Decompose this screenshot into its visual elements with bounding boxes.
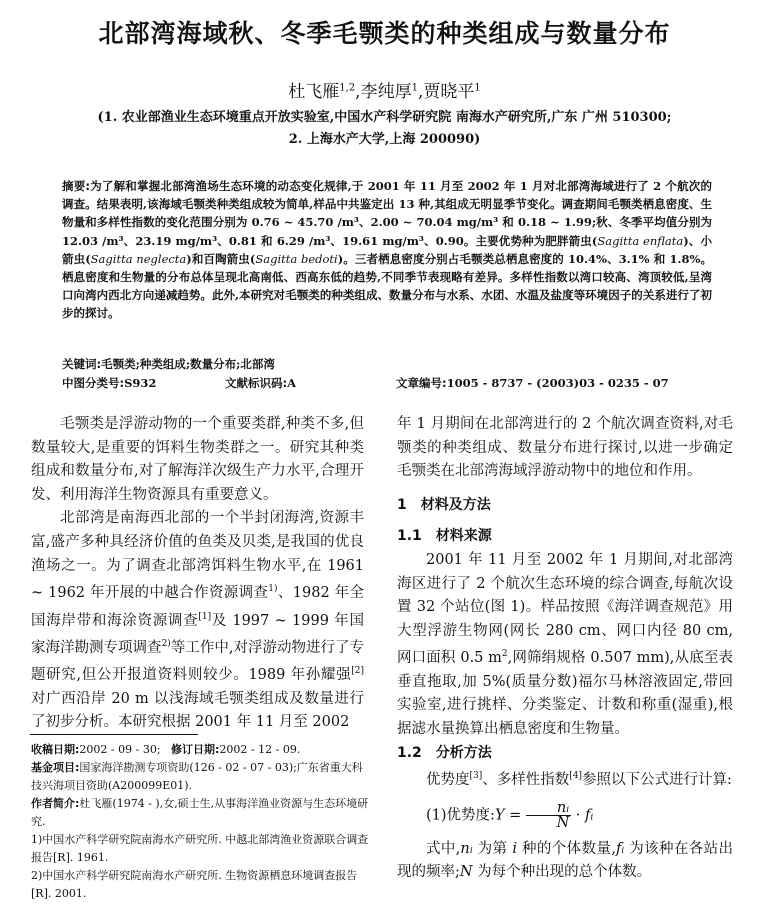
doc-code-label: 文献标识码: bbox=[225, 376, 287, 390]
left-column: 毛颚类是浮游动物的一个重要类群,种类不多,但数量较大,是重要的饵料生物类群之一。… bbox=[31, 413, 364, 735]
revised-value: 2002 - 12 - 09. bbox=[219, 743, 300, 756]
intro-paragraph-1: 毛颚类是浮游动物的一个重要类群,种类不多,但数量较大,是重要的饵料生物类群之一。… bbox=[31, 413, 364, 507]
clc-value: S932 bbox=[124, 376, 156, 390]
dominance-formula: (1)优势度:Y = nᵢN · fᵢ bbox=[397, 801, 733, 830]
author-bio-label: 作者简介: bbox=[31, 797, 79, 810]
clc-number: 中图分类号:S932 bbox=[62, 375, 156, 391]
section-heading-1: 1 材料及方法 bbox=[397, 494, 733, 518]
keywords-value: 毛颚类;种类组成;数量分布;北部湾 bbox=[101, 357, 275, 371]
fund-line: 基金项目:国家海洋勘测专项资助(126 - 02 - 07 - 03);广东省重… bbox=[31, 759, 371, 795]
author-bio-line: 作者简介:杜飞雁(1974 - ),女,硕士生,从事海洋渔业资源与生态环境研究. bbox=[31, 795, 371, 831]
right-column: 年 1 月期间在北部湾进行的 2 个航次调查资料,对毛颚类的种类组成、数量分布进… bbox=[397, 413, 733, 885]
fraction: nᵢN bbox=[526, 801, 571, 830]
author-name: 李纯厚 bbox=[361, 82, 412, 102]
author-name: 杜飞雁 bbox=[288, 82, 339, 102]
received-label: 收稿日期: bbox=[31, 743, 79, 756]
doc-code-value: A bbox=[287, 376, 296, 390]
affiliation-line-1: (1. 农业部渔业生态环境重点开放实验室,中国水产科学研究院 南海水产研究所,广… bbox=[0, 106, 769, 125]
affiliation-line-2: 2. 上海水产大学,上海 200090) bbox=[0, 128, 769, 147]
materials-paragraph: 2001 年 11 月至 2002 年 1 月期间,对北部湾海区进行了 2 个航… bbox=[397, 549, 733, 742]
denominator: N bbox=[526, 816, 571, 830]
citation-ref[interactable]: [4] bbox=[569, 771, 582, 781]
article-number: 文章编号:1005 - 8737 - (2003)03 - 0235 - 07 bbox=[396, 375, 669, 391]
article-no-label: 文章编号: bbox=[396, 376, 447, 390]
footnote-divider bbox=[30, 734, 198, 735]
species-name: Sagitta bedoti bbox=[255, 252, 337, 266]
citation-ref[interactable]: [3] bbox=[470, 771, 483, 781]
formula-explanation: 式中,nᵢ 为第 i 种的个体数量,fᵢ 为该种在各站出现的频率;N 为每个种出… bbox=[397, 838, 733, 885]
species-name: Sagitta neglecta bbox=[91, 252, 187, 266]
numerator: nᵢ bbox=[526, 801, 571, 816]
paper-title: 北部湾海域秋、冬季毛颚类的种类组成与数量分布 bbox=[0, 14, 769, 50]
text: 种的个体数量, bbox=[517, 841, 616, 857]
fund-label: 基金项目: bbox=[31, 761, 79, 774]
text: 优势度 bbox=[426, 772, 470, 788]
footnotes: 收稿日期:2002 - 09 - 30; 修订日期:2002 - 12 - 09… bbox=[31, 741, 371, 903]
text: 为第 bbox=[473, 841, 513, 857]
author-name: 贾晓平 bbox=[423, 82, 474, 102]
abstract-label: 摘要: bbox=[62, 179, 90, 193]
text: 为每个种出现的总个体数。 bbox=[473, 864, 652, 880]
var-fi: fᵢ bbox=[616, 841, 624, 857]
var-ni: nᵢ bbox=[460, 841, 472, 857]
fund-value: 国家海洋勘测专项资助(126 - 02 - 07 - 03);广东省重大科技兴海… bbox=[31, 761, 363, 792]
author-bio-value: 杜飞雁(1974 - ),女,硕士生,从事海洋渔业资源与生态环境研究. bbox=[31, 797, 368, 828]
footnote-1: 1)中国水产科学研究院南海水产研究所. 中越北部湾渔业资源联合调查报告[R]. … bbox=[31, 831, 371, 867]
formula-rhs: · fᵢ bbox=[576, 807, 594, 823]
text: 对广西沿岸 20 m 以浅海域毛颚类组成及数量进行了初步分析。本研究根据 200… bbox=[31, 691, 364, 731]
document-code: 文献标识码:A bbox=[225, 375, 296, 391]
received-value: 2002 - 09 - 30; bbox=[79, 743, 160, 756]
methods-paragraph: 优势度[3]、多样性指数[4]参照以下公式进行计算: bbox=[397, 765, 733, 792]
var-N: N bbox=[460, 864, 473, 880]
text: 、多样性指数 bbox=[482, 772, 569, 788]
clc-label: 中图分类号: bbox=[62, 376, 124, 390]
citation-ref[interactable]: [1] bbox=[198, 612, 211, 622]
abstract: 摘要:为了解和掌握北部湾渔场生态环境的动态变化规律,于 2001 年 11 月至… bbox=[62, 177, 712, 323]
article-no-value: 1005 - 8737 - (2003)03 - 0235 - 07 bbox=[447, 376, 669, 390]
revised-label: 修订日期: bbox=[171, 743, 219, 756]
footnote-2: 2)中国水产科学研究院南海水产研究所. 生物资源栖息环境调查报告[R]. 200… bbox=[31, 867, 371, 903]
intro-paragraph-2: 北部湾是南海西北部的一个半封闭海湾,资源丰富,盛产多种具经济价值的鱼类及贝类,是… bbox=[31, 507, 364, 735]
text: 式中, bbox=[426, 841, 460, 857]
subsection-heading-1-1: 1.1 材料来源 bbox=[397, 525, 733, 549]
abstract-text: )和百陶箭虫( bbox=[186, 252, 255, 266]
author-list: 杜飞雁1,2,李纯厚1,贾晓平1 bbox=[0, 77, 769, 102]
footnote-ref[interactable]: 2) bbox=[162, 639, 171, 649]
species-name: Sagitta enflata bbox=[597, 234, 683, 248]
text: 参照以下公式进行计算: bbox=[582, 772, 732, 788]
keywords-label: 关键词: bbox=[62, 357, 101, 371]
author-affil-sup: 1,2 bbox=[339, 82, 355, 93]
formula-lhs: Y = bbox=[495, 807, 521, 823]
citation-ref[interactable]: [2] bbox=[351, 666, 364, 676]
dates-line: 收稿日期:2002 - 09 - 30; 修订日期:2002 - 12 - 09… bbox=[31, 741, 371, 759]
keywords: 关键词:毛颚类;种类组成;数量分布;北部湾 bbox=[62, 356, 275, 372]
intro-continuation: 年 1 月期间在北部湾进行的 2 个航次调查资料,对毛颚类的种类组成、数量分布进… bbox=[397, 413, 733, 484]
formula-label: (1)优势度: bbox=[426, 807, 495, 823]
author-affil-sup: 1 bbox=[474, 82, 480, 93]
subsection-heading-1-2: 1.2 分析方法 bbox=[397, 742, 733, 766]
footnote-ref[interactable]: 1) bbox=[268, 584, 277, 594]
